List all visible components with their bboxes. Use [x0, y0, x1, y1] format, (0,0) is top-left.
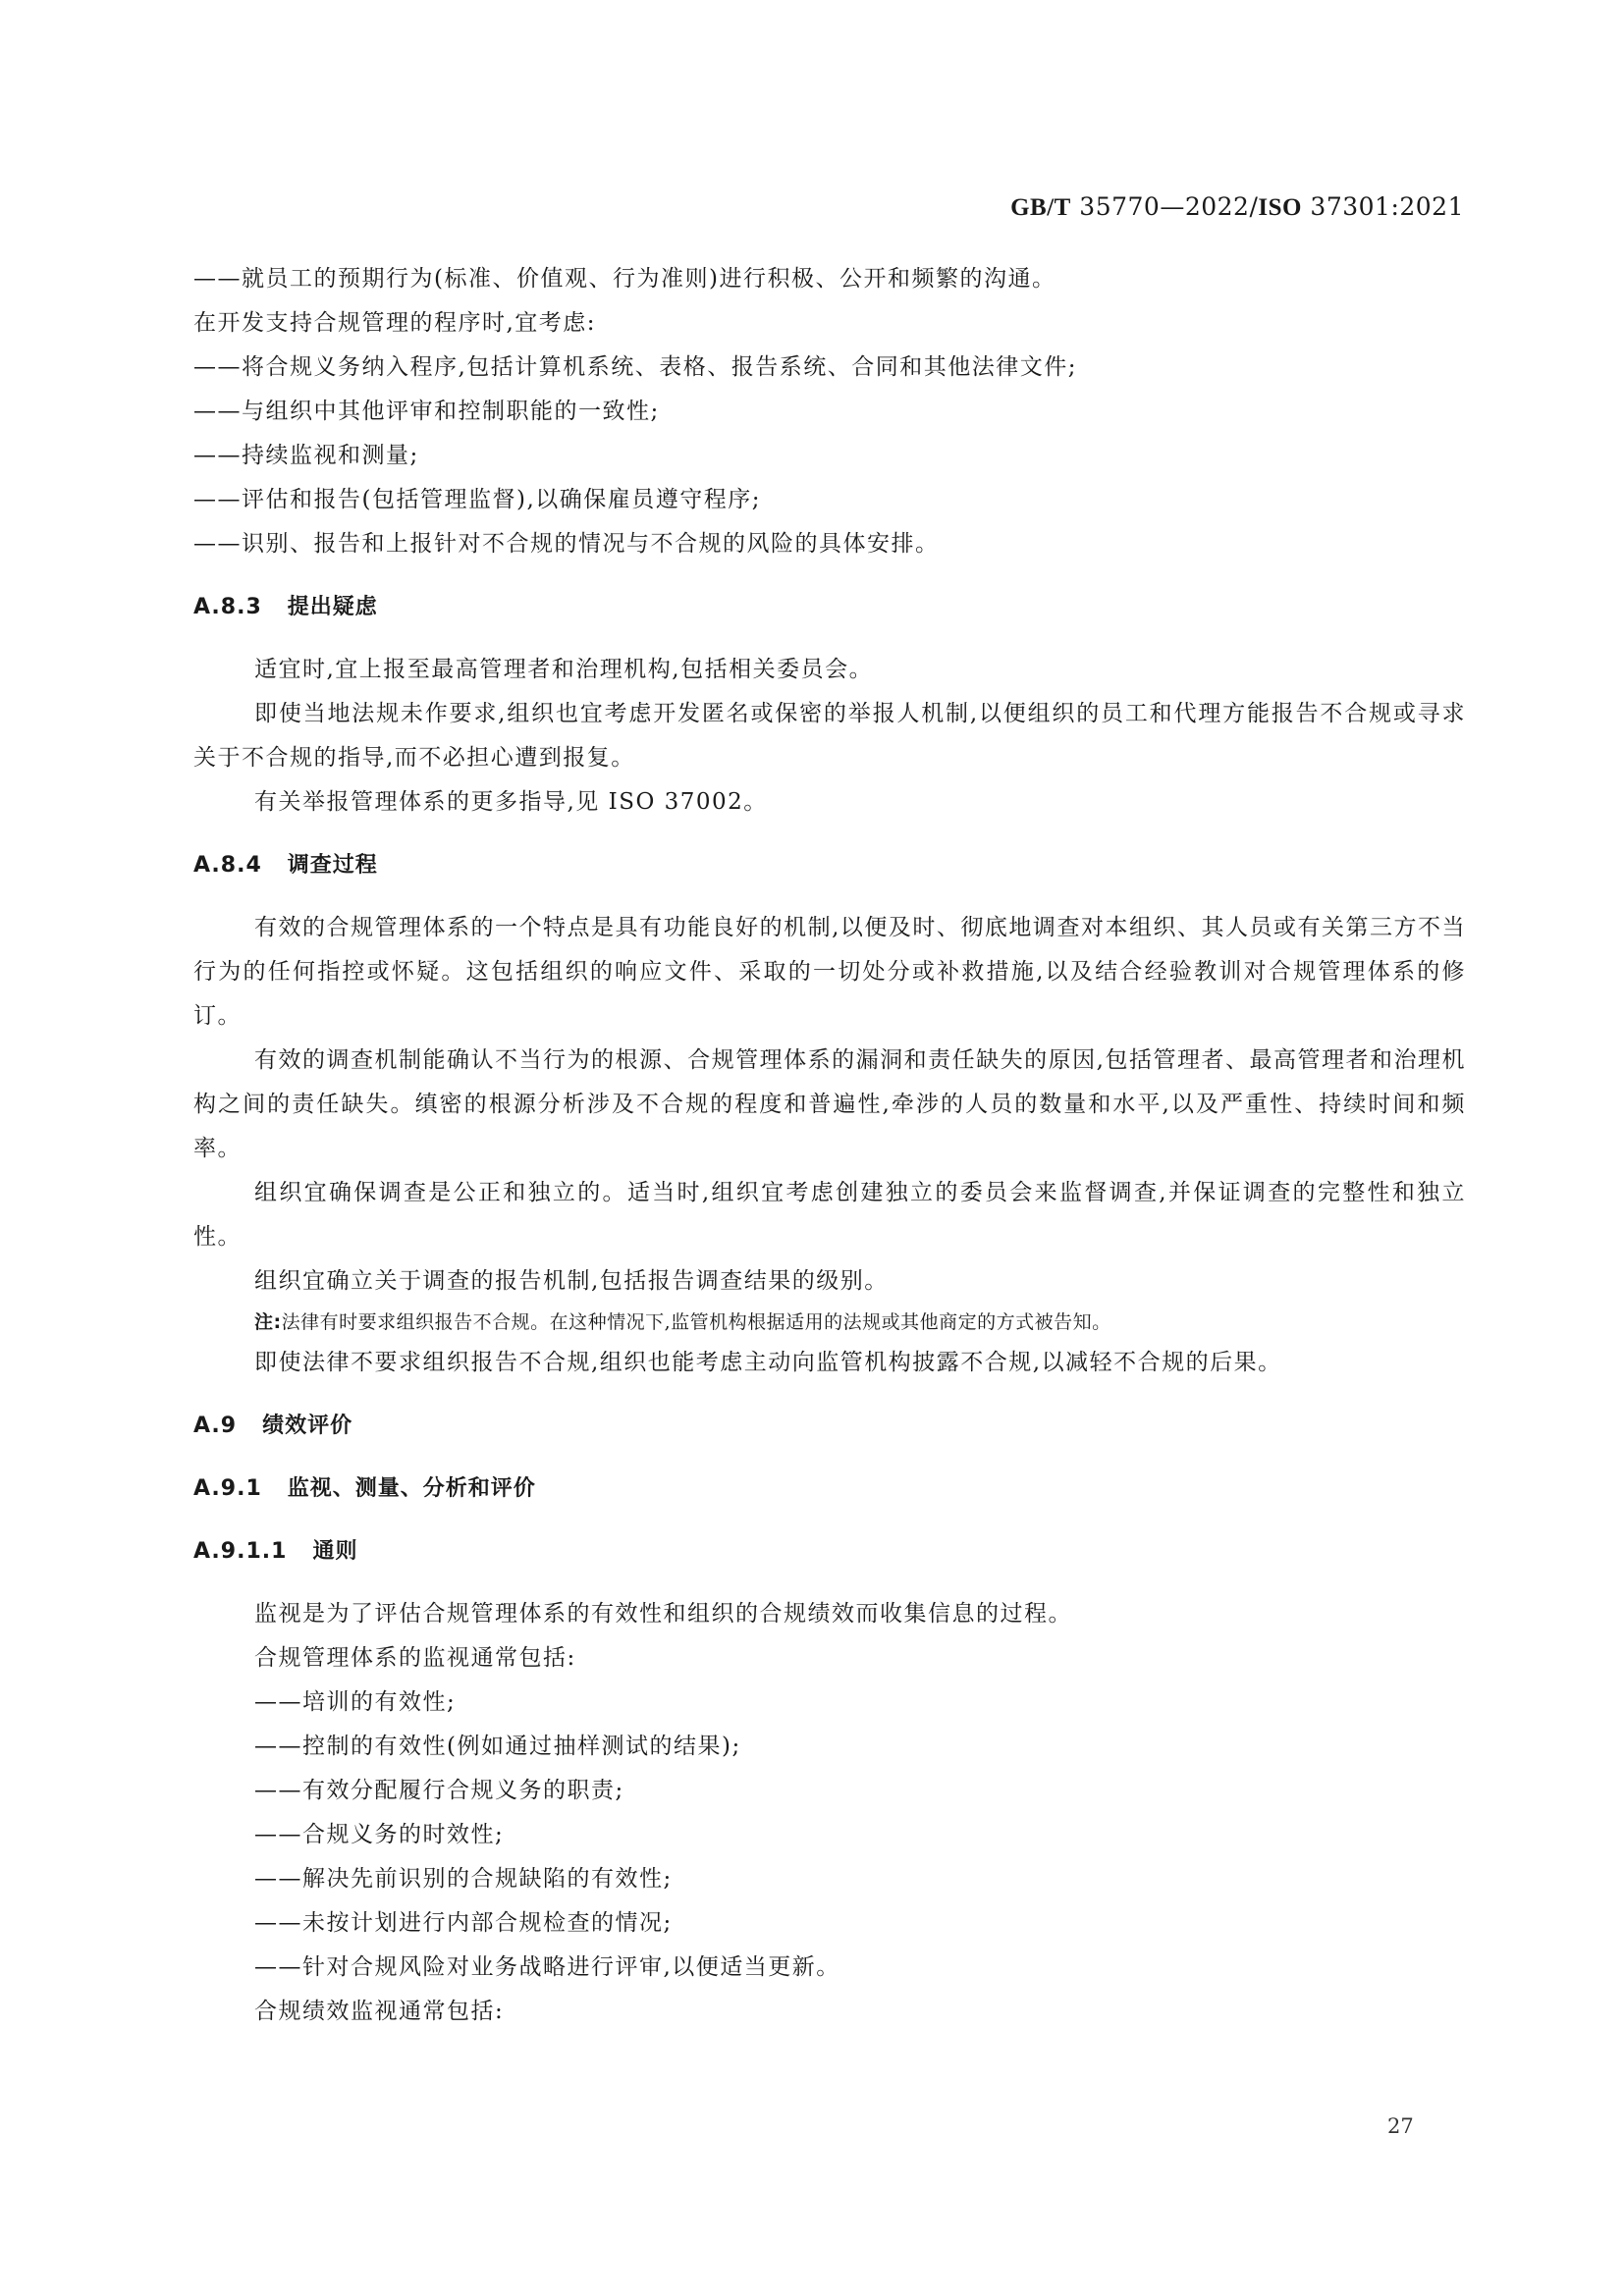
section-heading-a83: A.8.3提出疑虑 — [193, 585, 1466, 629]
list-item: ——将合规义务纳入程序,包括计算机系统、表格、报告系统、合同和其他法律文件; — [193, 346, 1466, 390]
list-item: ——合规义务的时效性; — [193, 1813, 1466, 1857]
iso-prefix: ISO — [1258, 194, 1302, 221]
list-item: ——持续监视和测量; — [193, 434, 1466, 478]
standard-number: 35770—2022/ — [1079, 192, 1258, 221]
section-title: 调查过程 — [288, 853, 378, 878]
section-heading-a911: A.9.1.1通则 — [193, 1529, 1466, 1574]
list-item: ——与组织中其他评审和控制职能的一致性; — [193, 390, 1466, 434]
section-title: 监视、测量、分析和评价 — [288, 1476, 536, 1501]
section-heading-a84: A.8.4调查过程 — [193, 843, 1466, 887]
list-item: ——未按计划进行内部合规检查的情况; — [193, 1901, 1466, 1946]
section-number: A.9.1.1 — [193, 1529, 287, 1574]
paragraph: 有效的调查机制能确认不当行为的根源、合规管理体系的漏洞和责任缺失的原因,包括管理… — [193, 1039, 1466, 1171]
list-item: ——培训的有效性; — [193, 1681, 1466, 1725]
list-item: ——针对合规风险对业务战略进行评审,以便适当更新。 — [193, 1946, 1466, 1990]
paragraph: 即使当地法规未作要求,组织也宜考虑开发匿名或保密的举报人机制,以便组织的员工和代… — [193, 692, 1466, 780]
document-body: ——就员工的预期行为(标准、价值观、行为准则)进行积极、公开和频繁的沟通。 在开… — [193, 257, 1466, 2034]
section-number: A.9.1 — [193, 1467, 262, 1511]
note: 注:法律有时要求组织报告不合规。在这种情况下,监管机构根据适用的法规或其他商定的… — [193, 1304, 1466, 1341]
paragraph: 有效的合规管理体系的一个特点是具有功能良好的机制,以便及时、彻底地调查对本组织、… — [193, 906, 1466, 1039]
section-title: 通则 — [312, 1539, 357, 1564]
section-number: A.8.3 — [193, 585, 262, 629]
page-header: GB/T 35770—2022/ISO 37301:2021 — [1010, 192, 1464, 222]
section-number: A.8.4 — [193, 843, 262, 887]
paragraph: 监视是为了评估合规管理体系的有效性和组织的合规绩效而收集信息的过程。 — [193, 1592, 1466, 1636]
list-item: ——评估和报告(包括管理监督),以确保雇员遵守程序; — [193, 478, 1466, 522]
paragraph: 组织宜确保调查是公正和独立的。适当时,组织宜考虑创建独立的委员会来监督调查,并保… — [193, 1171, 1466, 1259]
list-item: ——解决先前识别的合规缺陷的有效性; — [193, 1857, 1466, 1901]
intro-text: 在开发支持合规管理的程序时,宜考虑: — [193, 301, 1466, 346]
list-item: ——有效分配履行合规义务的职责; — [193, 1769, 1466, 1813]
section-title: 绩效评价 — [262, 1414, 352, 1438]
section-title: 提出疑虑 — [288, 595, 378, 619]
note-text: 法律有时要求组织报告不合规。在这种情况下,监管机构根据适用的法规或其他商定的方式… — [282, 1311, 1111, 1333]
section-heading-a9: A.9绩效评价 — [193, 1404, 1466, 1448]
paragraph: 即使法律不要求组织报告不合规,组织也能考虑主动向监管机构披露不合规,以减轻不合规… — [193, 1341, 1466, 1385]
list-item: ——识别、报告和上报针对不合规的情况与不合规的风险的具体安排。 — [193, 522, 1466, 566]
paragraph: 有关举报管理体系的更多指导,见 ISO 37002。 — [193, 780, 1466, 825]
intro-text: 合规绩效监视通常包括: — [193, 1990, 1466, 2034]
iso-number: 37301:2021 — [1310, 192, 1464, 221]
list-item: ——控制的有效性(例如通过抽样测试的结果); — [193, 1725, 1466, 1769]
paragraph: 适宜时,宜上报至最高管理者和治理机构,包括相关委员会。 — [193, 648, 1466, 692]
paragraph: 组织宜确立关于调查的报告机制,包括报告调查结果的级别。 — [193, 1259, 1466, 1304]
section-heading-a91: A.9.1监视、测量、分析和评价 — [193, 1467, 1466, 1511]
list-item: ——就员工的预期行为(标准、价值观、行为准则)进行积极、公开和频繁的沟通。 — [193, 257, 1466, 301]
note-label: 注: — [254, 1311, 282, 1333]
page-number: 27 — [1387, 2114, 1414, 2138]
standard-prefix: GB/T — [1010, 194, 1071, 221]
intro-text: 合规管理体系的监视通常包括: — [193, 1636, 1466, 1681]
section-number: A.9 — [193, 1404, 237, 1448]
